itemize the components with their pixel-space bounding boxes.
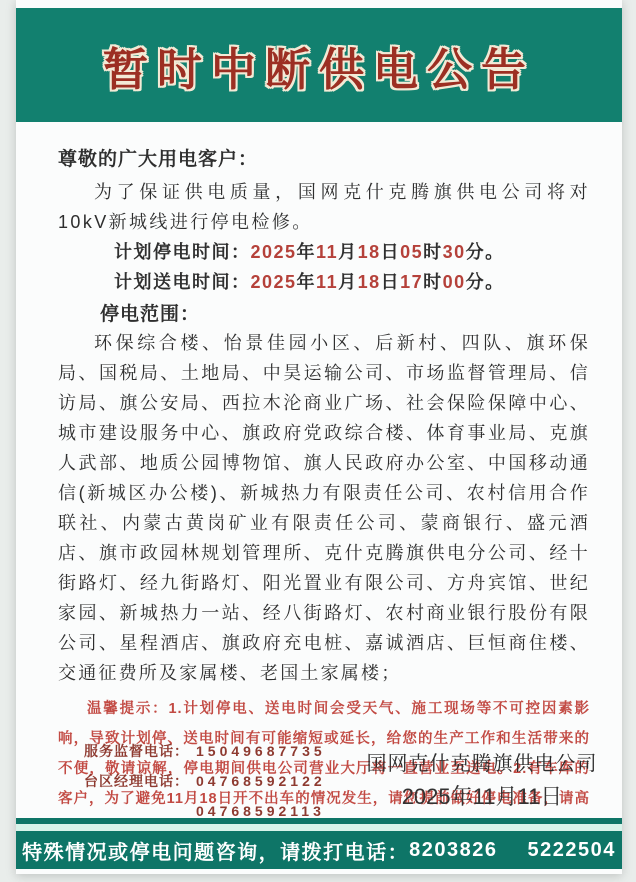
footer-bar: 特殊情况或停电问题咨询，请拨打电话：82038265222504 [16,831,622,869]
phone-number: 15049687735 [196,743,326,759]
planned-restore-time: 计划送电时间：2025年11月18日17时00分。 [114,267,590,297]
signature-company: 国网克什克腾旗供电公司 [362,748,602,780]
footer-text: 特殊情况或停电问题咨询，请拨打电话： [22,836,409,865]
footer-stack: 特殊情况或停电问题咨询，请拨打电话：82038265222504 [16,818,622,869]
planned-outage-value: 2025年11月18日05时30分。 [251,242,505,262]
phone-number: 04768592122 [196,773,326,789]
notice-page: 暂时中断供电公告 尊敬的广大用电客户： 为了保证供电质量，国网克什克腾旗供电公司… [16,0,622,874]
planned-outage-label: 计划停电时间： [114,242,251,262]
intro-paragraph: 为了保证供电质量，国网克什克腾旗供电公司将对10kV新城线进行停电检修。 [58,177,590,237]
salutation: 尊敬的广大用电客户： [58,144,590,171]
planned-restore-label: 计划送电时间： [114,272,251,292]
footer-divider-mint [16,824,622,831]
phone-row-area-manager: 台区经理电话：04768592122 [84,766,326,796]
notice-title: 暂时中断供电公告 [103,33,535,98]
signature-block: 国网克什克腾旗供电公司 2025年11月11日 [362,748,602,814]
phone-label: 服务监督电话： [84,736,196,766]
phone-label: 台区经理电话： [84,766,196,796]
phone-number: 04768592113 [196,803,325,819]
phone-list: 服务监督电话：15049687735 台区经理电话：04768592122 04… [84,736,326,826]
planned-restore-value: 2025年11月18日17时00分。 [251,272,505,292]
phone-row-service-supervision: 服务监督电话：15049687735 [84,736,326,766]
planned-outage-time: 计划停电时间：2025年11月18日05时30分。 [114,237,590,267]
signature-date: 2025年11月11日 [362,780,602,814]
footer-phone-1: 8203826 [409,839,497,862]
outage-scope-heading: 停电范围： [100,299,590,326]
outage-scope-text: 环保综合楼、怡景佳园小区、后新村、四队、旗环保局、国税局、土地局、中昊运输公司、… [58,328,590,688]
footer-phone-2: 5222504 [528,839,616,862]
header-banner: 暂时中断供电公告 [16,8,622,122]
